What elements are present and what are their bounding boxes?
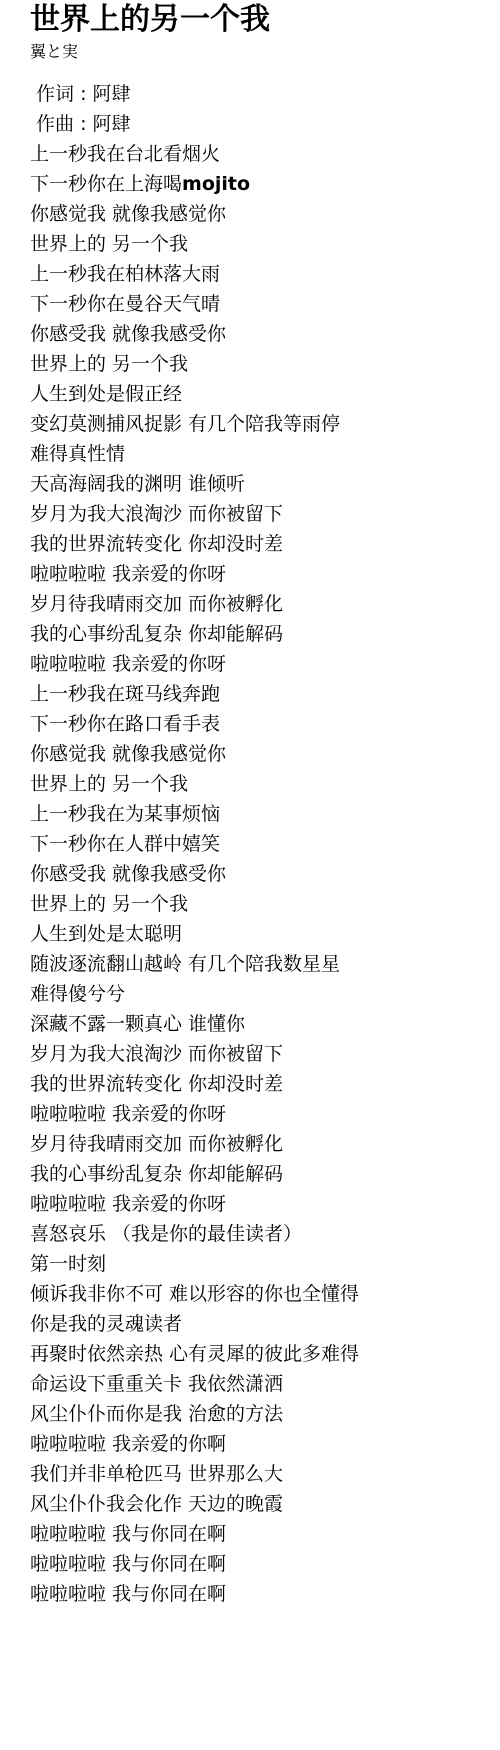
lyric-line: 上一秒我在台北看烟火 — [30, 139, 480, 169]
lyric-line: 我们并非单枪匹马 世界那么大 — [30, 1459, 480, 1489]
lyric-line: 下一秒你在曼谷天气晴 — [30, 289, 480, 319]
lyric-line: 倾诉我非你不可 难以形容的你也全懂得 — [30, 1279, 480, 1309]
lyric-line: 我的世界流转变化 你却没时差 — [30, 529, 480, 559]
lyric-line: 人生到处是假正经 — [30, 379, 480, 409]
lyric-line: 下一秒你在上海喝mojito — [30, 169, 480, 199]
credit-line-lyricist: 作词 : 阿肆 — [30, 79, 480, 109]
lyric-line: 啦啦啦啦 我亲爱的你呀 — [30, 1189, 480, 1219]
lyric-line: 变幻莫测捕风捉影 有几个陪我等雨停 — [30, 409, 480, 439]
lyric-line: 你感觉我 就像我感觉你 — [30, 739, 480, 769]
lyric-line: 你感受我 就像我感受你 — [30, 859, 480, 889]
lyric-line: 命运设下重重关卡 我依然潇洒 — [30, 1369, 480, 1399]
lyric-line: 随波逐流翻山越岭 有几个陪我数星星 — [30, 949, 480, 979]
lyric-line: 啦啦啦啦 我与你同在啊 — [30, 1549, 480, 1579]
lyric-line: 你是我的灵魂读者 — [30, 1309, 480, 1339]
lyric-line: 风尘仆仆我会化作 天边的晚霞 — [30, 1489, 480, 1519]
lyric-line: 世界上的 另一个我 — [30, 349, 480, 379]
lyric-line: 难得傻兮兮 — [30, 979, 480, 1009]
lyric-line: 世界上的 另一个我 — [30, 889, 480, 919]
artist-name: 翼と実 — [30, 40, 480, 64]
lyric-lines-container: 上一秒我在台北看烟火下一秒你在上海喝mojito你感觉我 就像我感觉你世界上的 … — [30, 139, 480, 1609]
lyric-line: 难得真性情 — [30, 439, 480, 469]
lyric-line: 下一秒你在路口看手表 — [30, 709, 480, 739]
lyric-line: 啦啦啦啦 我与你同在啊 — [30, 1579, 480, 1609]
lyric-line: 上一秒我在斑马线奔跑 — [30, 679, 480, 709]
lyric-line: 我的世界流转变化 你却没时差 — [30, 1069, 480, 1099]
lyric-line: 世界上的 另一个我 — [30, 769, 480, 799]
lyric-line: 上一秒我在为某事烦恼 — [30, 799, 480, 829]
lyric-line: 喜怒哀乐 （我是你的最佳读者） — [30, 1219, 480, 1249]
lyric-line: 下一秒你在人群中嬉笑 — [30, 829, 480, 859]
lyric-line: 我的心事纷乱复杂 你却能解码 — [30, 619, 480, 649]
lyric-line: 第一时刻 — [30, 1249, 480, 1279]
song-title: 世界上的另一个我 — [30, 0, 480, 40]
lyric-line: 天高海阔我的渊明 谁倾听 — [30, 469, 480, 499]
lyric-line: 人生到处是太聪明 — [30, 919, 480, 949]
lyric-line: 世界上的 另一个我 — [30, 229, 480, 259]
lyrics-page: 世界上的另一个我 翼と実 作词 : 阿肆 作曲 : 阿肆 上一秒我在台北看烟火下… — [0, 0, 500, 1609]
lyric-line: 上一秒我在柏林落大雨 — [30, 259, 480, 289]
credit-line-composer: 作曲 : 阿肆 — [30, 109, 480, 139]
lyrics-block: 作词 : 阿肆 作曲 : 阿肆 上一秒我在台北看烟火下一秒你在上海喝mojito… — [30, 79, 480, 1609]
lyric-line: 啦啦啦啦 我与你同在啊 — [30, 1519, 480, 1549]
lyric-line: 啦啦啦啦 我亲爱的你呀 — [30, 559, 480, 589]
lyric-line: 我的心事纷乱复杂 你却能解码 — [30, 1159, 480, 1189]
lyric-line: 岁月为我大浪淘沙 而你被留下 — [30, 499, 480, 529]
lyric-line: 岁月为我大浪淘沙 而你被留下 — [30, 1039, 480, 1069]
lyric-line: 深藏不露一颗真心 谁懂你 — [30, 1009, 480, 1039]
lyric-line: 你感受我 就像我感受你 — [30, 319, 480, 349]
lyric-line: 啦啦啦啦 我亲爱的你呀 — [30, 649, 480, 679]
lyric-line: 岁月待我晴雨交加 而你被孵化 — [30, 1129, 480, 1159]
lyric-line: 啦啦啦啦 我亲爱的你啊 — [30, 1429, 480, 1459]
lyric-line: 岁月待我晴雨交加 而你被孵化 — [30, 589, 480, 619]
lyric-line: 风尘仆仆而你是我 治愈的方法 — [30, 1399, 480, 1429]
lyric-line: 再聚时依然亲热 心有灵犀的彼此多难得 — [30, 1339, 480, 1369]
lyric-line: 你感觉我 就像我感觉你 — [30, 199, 480, 229]
lyric-line: 啦啦啦啦 我亲爱的你呀 — [30, 1099, 480, 1129]
